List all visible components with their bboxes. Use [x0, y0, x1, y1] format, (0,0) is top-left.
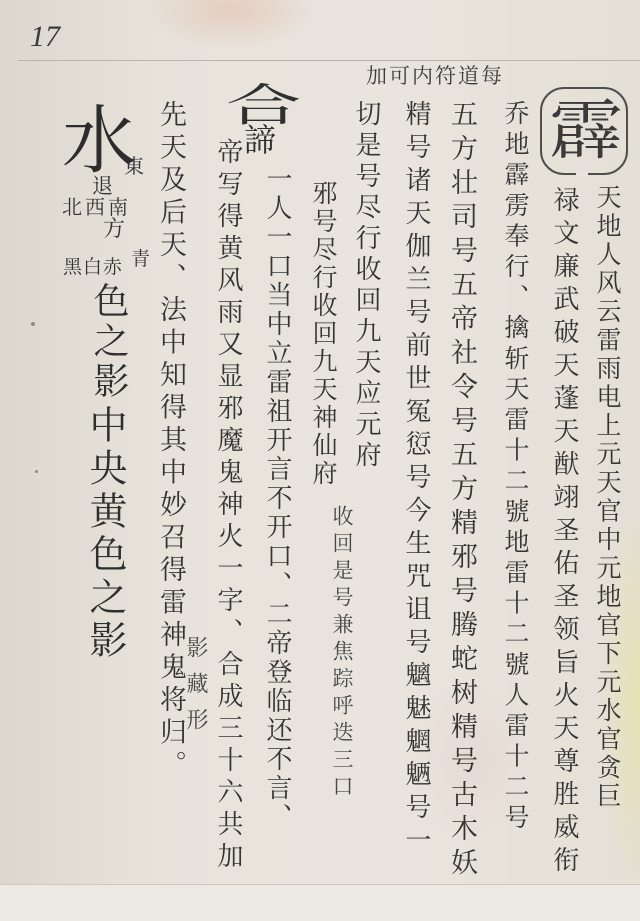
- text-column-1: 天地人风云雷雨电上元天官中元地官下元水官贪巨: [595, 184, 620, 811]
- talisman-seal: 霹: [540, 87, 628, 175]
- margin-mark: [31, 322, 35, 326]
- direction-suffix: 方: [103, 219, 125, 241]
- center-yellow-text: 中央黄色之影: [86, 405, 124, 663]
- page-number: 17: [30, 22, 60, 52]
- direction-west: 西: [85, 197, 105, 217]
- text-column-8: 一人一口当中立雷祖开言不开口、二帝登临还不言、: [264, 165, 290, 832]
- direction-east: 東: [124, 156, 144, 176]
- color-red: 赤: [103, 258, 122, 277]
- talisman-seal-glyph: 霹: [546, 95, 627, 167]
- header-note: 每道符内可加: [366, 66, 504, 87]
- side-annotation-hide-form: 影藏形: [184, 636, 206, 744]
- text-column-2: 禄文廉武破天蓬天猷翊圣佑圣领旨火天尊胜威衔: [551, 186, 577, 879]
- direction-north: 北: [62, 197, 82, 217]
- direction-south: 南: [108, 197, 128, 217]
- seal-border-gap: [576, 171, 588, 176]
- margin-mark: [35, 470, 38, 473]
- text-column-6: 切是号尽行收回九天应元府: [353, 100, 379, 472]
- manuscript-page: 17 每道符内可加 霹 天地人风云雷雨电上元天官中元地官下元水官贪巨 禄文廉武破…: [0, 0, 640, 921]
- composite-glyph-bottom: 諦: [244, 124, 276, 156]
- text-column-4: 五方壮司号五帝社令号五方精邪号腾蛇树精号古木妖: [448, 100, 475, 882]
- color-blue-green: 青: [131, 250, 150, 269]
- color-shadow-text: 色之影: [90, 282, 126, 402]
- text-column-10: 先天及后天、法中知得其中妙召得雷神鬼将归。: [157, 100, 184, 783]
- text-column-7: 邪号尽行收回九天神仙府: [311, 180, 336, 488]
- header-rule: [18, 60, 640, 61]
- text-column-5: 精号诸天伽兰号前世冤愆号今生咒诅号魑魅魍魉号一: [403, 100, 429, 859]
- text-column-3: 乔地霹雳奉行、擒斩天雷十二號地雷十二號人雷十二号: [503, 100, 528, 834]
- side-annotation-recall: 收回是号兼焦踪呼迭三口: [331, 505, 352, 802]
- color-black: 黑: [63, 258, 82, 277]
- retreat-glyph: 退: [92, 176, 113, 197]
- color-white: 白: [83, 258, 102, 277]
- paper-bottom-edge: [0, 884, 640, 921]
- text-column-9: 帝写得黄风雨又显邪魔鬼神火一字、合成三十六共加: [215, 138, 241, 874]
